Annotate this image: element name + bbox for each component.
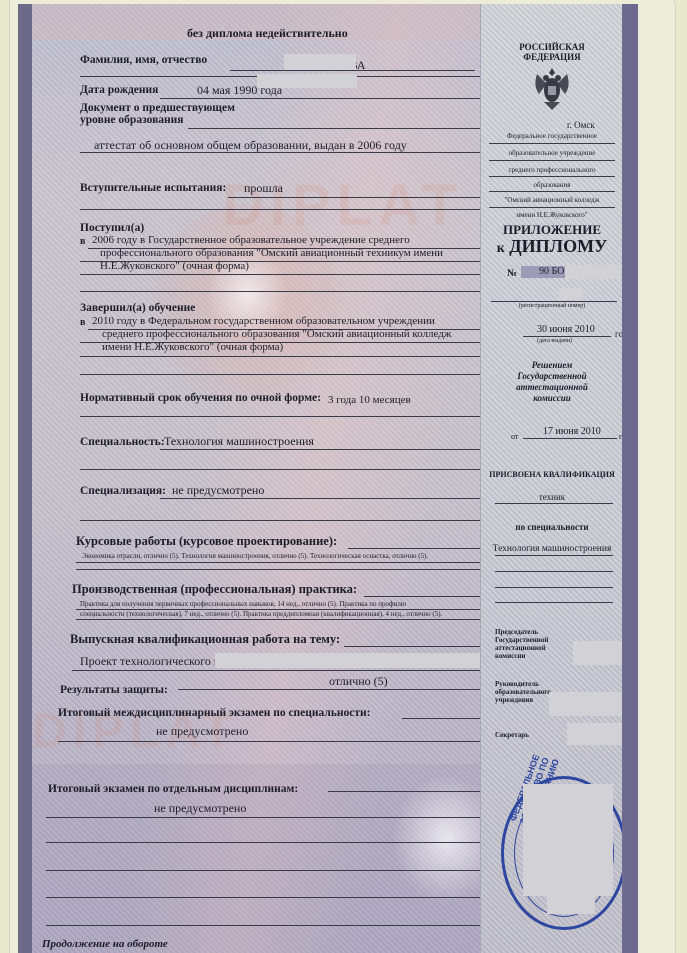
birth-date-value: 04 мая 1990 года: [197, 83, 282, 98]
qualification-value: техник: [481, 492, 623, 502]
chair-signature-label: Председатель Государственной аттестацион…: [495, 628, 548, 660]
final-exam-label: Итоговый экзамен по отдельным дисциплина…: [48, 783, 298, 795]
commission-date: 17 июня 2010: [543, 426, 601, 437]
specialty-value: Технология машиностроения: [164, 434, 314, 449]
rule: [523, 336, 611, 337]
rule: [160, 449, 492, 450]
specialization-value: не предусмотрено: [172, 483, 264, 498]
rule: [348, 548, 492, 549]
course-works-label: Курсовые работы (курсовое проектирование…: [76, 534, 337, 549]
supplement-title-diploma: к ДИПЛОМУ: [481, 236, 623, 257]
entrance-exams-label: Вступительные испытания:: [80, 182, 226, 194]
rule: [491, 301, 617, 302]
redaction-box: [547, 894, 595, 914]
redaction-box: [523, 784, 613, 896]
head-line: образовательного: [495, 688, 551, 696]
thesis-value: Проект технологического п: [80, 654, 220, 669]
head-line: учреждения: [495, 696, 551, 704]
rule: [80, 416, 492, 417]
course-works-value: Экономика отрасли, отлично (5). Технолог…: [82, 552, 428, 560]
left-binding-strip: [18, 4, 32, 953]
rule: [495, 503, 613, 504]
rule: [46, 897, 488, 898]
practice-line: специальности (технологическая), 7 нед.,…: [80, 610, 442, 618]
rule: [344, 646, 492, 647]
completed-line: 2010 году в Федеральном государственном …: [92, 315, 435, 327]
defense-label: Результаты защиты:: [60, 684, 168, 696]
rule: [80, 374, 492, 375]
left-page: DIPLAT DIPLAT без диплома недействительн…: [32, 4, 480, 953]
rule: [489, 207, 615, 208]
qualification-label: ПРИСВОЕНА КВАЛИФИКАЦИЯ: [481, 470, 623, 479]
issue-date-caption: (дата выдачи): [537, 338, 572, 344]
right-page: РОССИЙСКАЯ ФЕДЕРАЦИЯ г. Омск Федеральное…: [480, 4, 623, 953]
rule: [76, 619, 492, 620]
right-binding-strip: [622, 4, 638, 953]
redaction-box: [284, 54, 356, 70]
rule: [328, 791, 488, 792]
completed-prefix: в: [80, 317, 85, 328]
specialty-label: Специальность:: [80, 436, 165, 448]
diploma-number: 90 БО: [539, 266, 564, 277]
specialty-label-right: по специальности: [481, 522, 623, 532]
institution-line: образования: [481, 181, 623, 189]
coat-of-arms-icon: [529, 64, 575, 114]
title-diploma-word: ДИПЛОМУ: [509, 236, 607, 256]
title-prefix: к: [497, 241, 505, 256]
thesis-label: Выпускная квалификационная работа на тем…: [70, 632, 340, 647]
rule: [46, 870, 488, 871]
interdisciplinary-exam-value: не предусмотрено: [156, 724, 248, 739]
commission-line: комиссии: [481, 393, 623, 404]
city: г. Омск: [567, 120, 595, 130]
number-sign: №: [507, 268, 517, 279]
rule: [46, 817, 488, 818]
commission-decision: Решением Государственной аттестационной …: [481, 360, 623, 404]
chair-line: Председатель: [495, 628, 548, 636]
country-name: РОССИЙСКАЯ ФЕДЕРАЦИЯ: [481, 42, 623, 62]
rule: [489, 191, 615, 192]
chair-line: комиссии: [495, 652, 548, 660]
secretary-signature-label: Секретарь: [495, 731, 529, 739]
header-notice: без диплома недействительно: [187, 26, 348, 41]
prev-doc-value: аттестат об основном общем образовании, …: [94, 138, 407, 153]
rule: [80, 520, 492, 521]
rule: [80, 356, 492, 357]
rule: [495, 587, 613, 588]
rule: [160, 98, 492, 99]
practice-label: Производственная (профессиональная) прак…: [72, 582, 357, 597]
country-line: ФЕДЕРАЦИЯ: [481, 52, 623, 62]
issue-date: 30 июня 2010: [537, 324, 595, 335]
rule: [80, 274, 492, 275]
head-line: Руководитель: [495, 680, 551, 688]
enrolled-prefix: в: [80, 236, 85, 247]
full-name-label: Фамилия, имя, отчество: [80, 54, 207, 66]
rule: [364, 596, 492, 597]
interdisciplinary-exam-label: Итоговый междисциплинарный экзамен по сп…: [58, 707, 371, 719]
commission-line: Государственной: [481, 371, 623, 382]
chair-line: аттестационной: [495, 644, 548, 652]
rule: [46, 842, 488, 843]
chair-line: Государственной: [495, 636, 548, 644]
prev-doc-label: Документ о предшествующем: [80, 102, 235, 114]
completed-line: имени Н.Е.Жуковского" (очная форма): [102, 341, 283, 353]
prev-doc-label: уровне образования: [80, 114, 184, 126]
birth-date-label: Дата рождения: [80, 84, 158, 96]
reg-number-caption: (регистрационный номер): [481, 303, 623, 309]
final-exam-value: не предусмотрено: [154, 801, 246, 816]
commission-line: аттестационной: [481, 382, 623, 393]
rule: [46, 925, 488, 926]
enrolled-line: профессионального образования "Омский ав…: [100, 247, 443, 259]
rule: [76, 562, 492, 563]
rule: [495, 602, 613, 603]
rule: [80, 152, 492, 153]
entrance-exams-value: прошла: [244, 181, 283, 196]
rule: [489, 160, 615, 161]
rule: [80, 291, 492, 292]
rule: [76, 569, 492, 570]
redaction-box: [559, 288, 583, 300]
commission-line: Решением: [481, 360, 623, 371]
continued-overleaf-note: Продолжение на обороте: [42, 938, 168, 950]
rule: [160, 498, 492, 499]
rule: [495, 571, 613, 572]
institution-line: имени Н.Е.Жуковского": [481, 211, 623, 219]
institution-line: среднего профессионального: [481, 166, 623, 174]
head-signature-label: Руководитель образовательного учреждения: [495, 680, 551, 704]
rule: [489, 176, 615, 177]
diploma-supplement: DIPLAT DIPLAT без диплома недействительн…: [18, 4, 638, 953]
specialty-value-right: Технология машиностроения: [481, 544, 623, 554]
rule: [495, 555, 613, 556]
redaction-box: [567, 723, 629, 745]
rule: [72, 670, 492, 671]
country-line: РОССИЙСКАЯ: [481, 42, 623, 52]
rule: [188, 128, 492, 129]
commission-prefix: от: [511, 432, 518, 441]
enrolled-line: Н.Е.Жуковского" (очная форма): [100, 260, 249, 272]
redaction-box: [215, 653, 480, 668]
term-value: 3 года 10 месяцев: [328, 394, 411, 406]
defense-value: отлично (5): [329, 674, 388, 689]
completed-label: Завершил(а) обучение: [80, 302, 195, 314]
rule: [402, 718, 492, 719]
completed-line: среднего профессионального образования "…: [102, 328, 451, 340]
redaction-box: [565, 265, 621, 279]
rule: [80, 209, 492, 210]
enrolled-line: 2006 году в Государственное образователь…: [92, 234, 410, 246]
rule: [80, 469, 492, 470]
institution-line: "Омский авиационный колледж: [481, 196, 623, 204]
rule: [58, 741, 492, 742]
institution-line: Федеральное государственное: [481, 132, 623, 140]
rule: [489, 143, 615, 144]
term-label: Нормативный срок обучения по очной форме…: [80, 392, 321, 404]
institution-line: образовательное учреждение: [481, 149, 623, 157]
enrolled-label: Поступил(а): [80, 222, 144, 234]
specialization-label: Специализация:: [80, 485, 166, 497]
practice-line: Практика для получения первичных професс…: [80, 600, 406, 608]
rule: [178, 689, 492, 690]
rule: [228, 197, 492, 198]
rule: [523, 438, 617, 439]
